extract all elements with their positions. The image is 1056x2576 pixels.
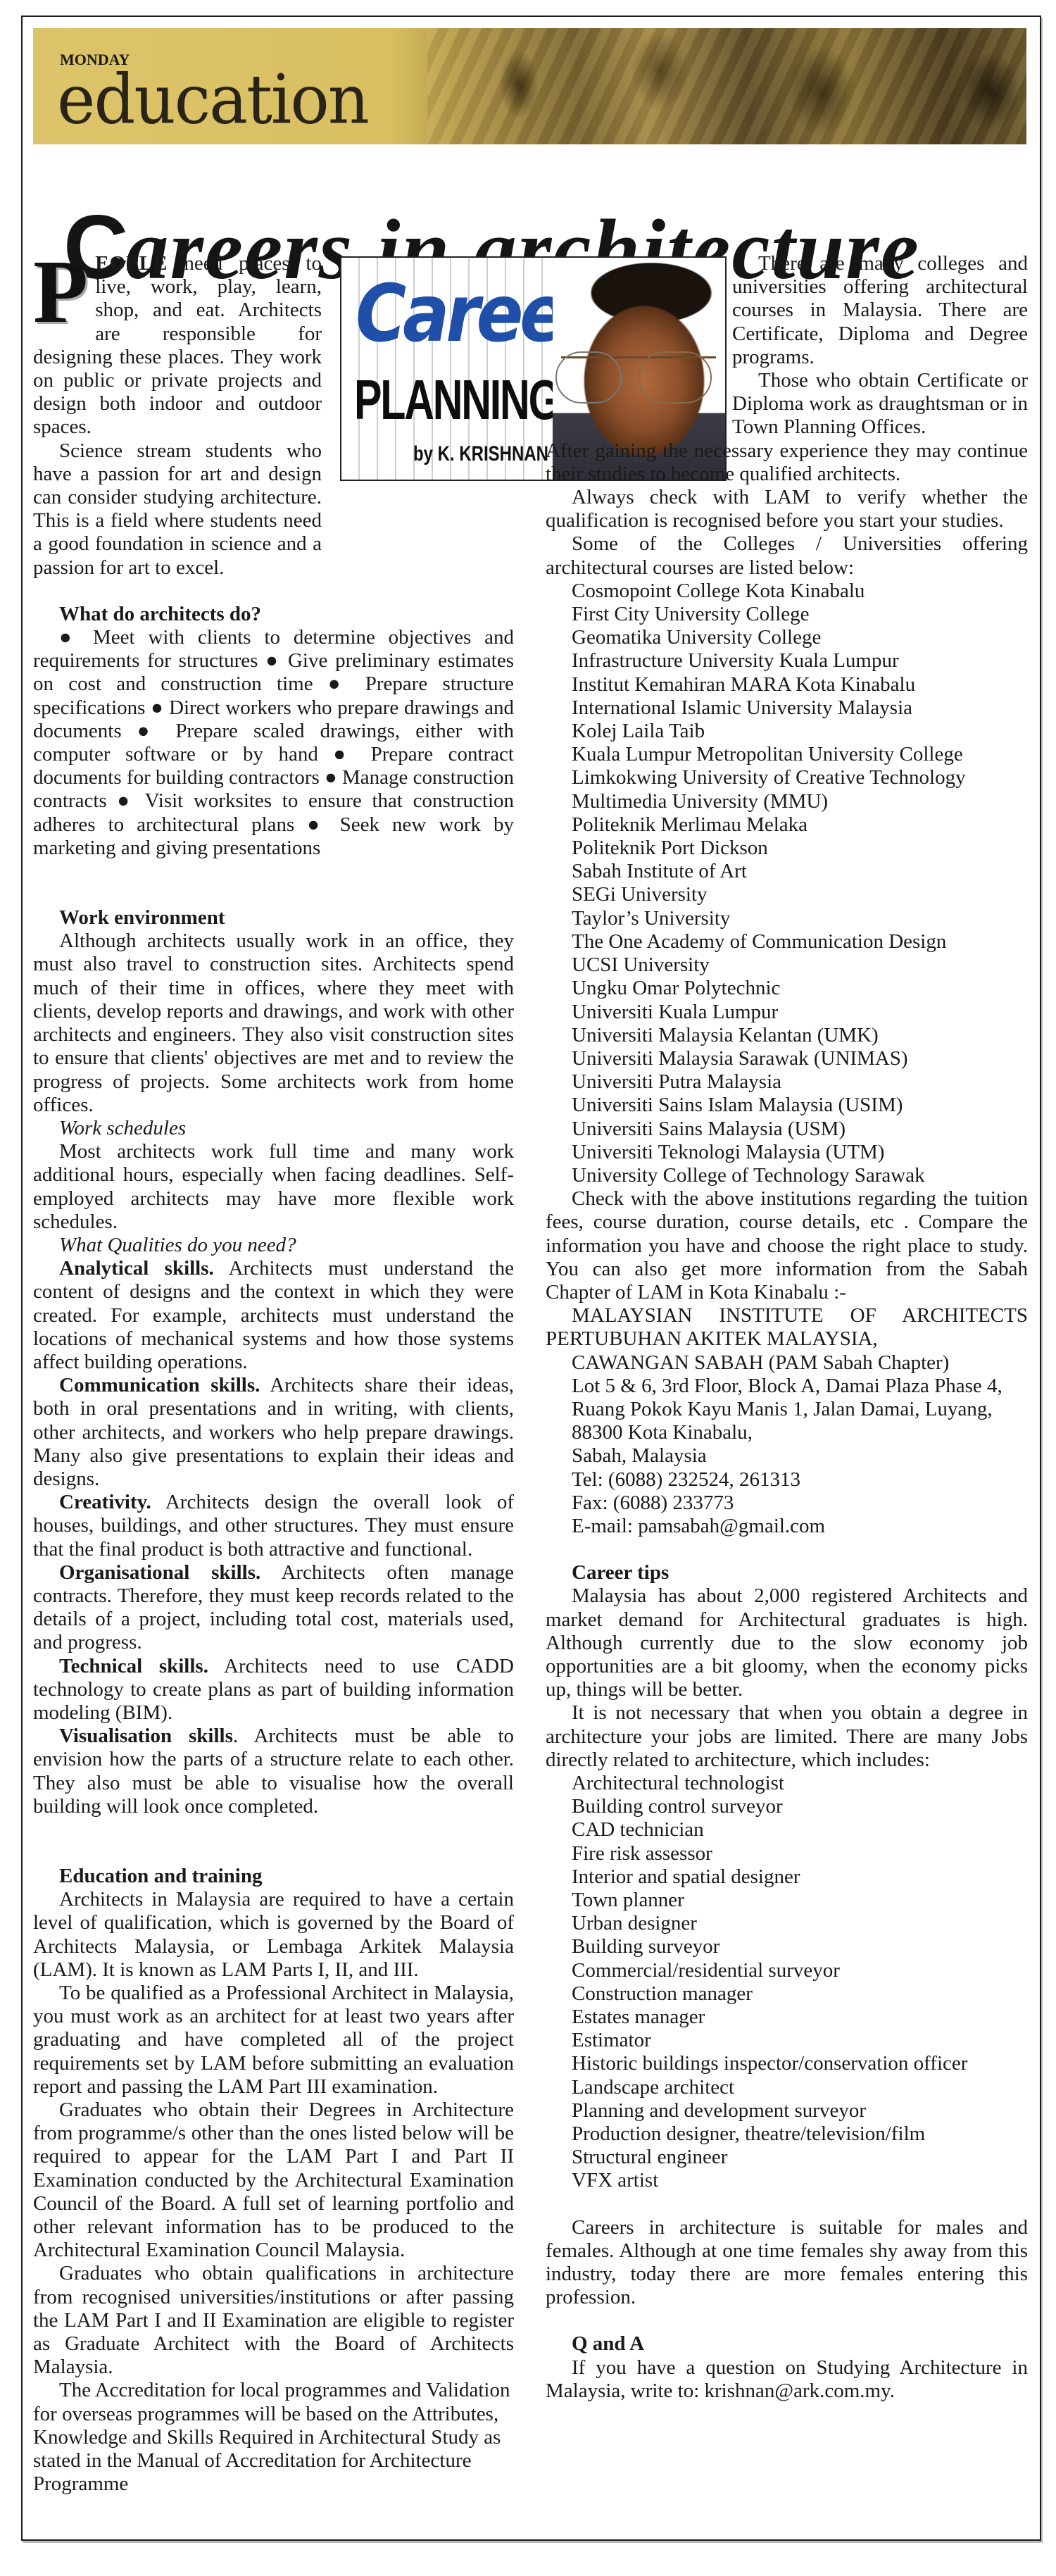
institution-item: Kuala Lumpur Metropolitan University Col… xyxy=(546,743,1028,766)
institution-item: Multimedia University (MMU) xyxy=(546,790,1028,813)
institution-item: Institut Kemahiran MARA Kota Kinabalu xyxy=(546,673,1028,696)
lead-word: EOPLE xyxy=(95,252,168,275)
contact-address-line: Sabah, Malaysia xyxy=(546,1444,1028,1468)
bullet-icon: ● xyxy=(325,766,337,789)
institution-item: Ungku Omar Polytechnic xyxy=(546,977,1028,1000)
institution-item: Politeknik Merlimau Melaka xyxy=(546,813,1028,837)
institution-item: University College of Technology Sarawak xyxy=(546,1164,1028,1187)
contact-tel: Tel: (6088) 232524, 261313 xyxy=(546,1468,1028,1492)
colleges-paragraph-3: After gaining the necessary experience t… xyxy=(546,439,1028,486)
qa-paragraph: If you have a question on Studying Archi… xyxy=(546,2356,1028,2403)
colleges-paragraph-5: Check with the above institutions regard… xyxy=(546,1187,1028,1304)
job-item: Commercial/residential surveyor xyxy=(546,1959,1028,1982)
institution-item: SEGi University xyxy=(546,883,1028,906)
bullet-icon: ● xyxy=(59,626,80,649)
institution-item: Infrastructure University Kuala Lumpur xyxy=(546,649,1028,673)
career-tips-paragraph-1: Malaysia has about 2,000 registered Arch… xyxy=(546,1584,1028,1701)
left-column: PEOPLE need places to live, work, play, … xyxy=(33,252,514,2496)
colleges-paragraph-1: There are many colleges and universities… xyxy=(732,252,1028,369)
quality-organisational: Organisational skills. Architects often … xyxy=(33,1561,514,1655)
quality-creativity: Creativity. Architects design the overal… xyxy=(33,1491,514,1561)
job-item: Building surveyor xyxy=(546,1935,1028,1958)
intro-paragraph-1: PEOPLE need places to live, work, play, … xyxy=(33,252,322,439)
quality-visualisation: Visualisation skills. Architects must be… xyxy=(33,1725,514,1818)
contact-address-line: 88300 Kota Kinabalu, xyxy=(546,1421,1028,1444)
career-tips-paragraph-2: It is not necessary that when you obtain… xyxy=(546,1701,1028,1772)
quality-technical: Technical skills. Architects need to use… xyxy=(33,1655,514,1725)
bullet-icon: ● xyxy=(151,696,163,719)
job-item: Structural engineer xyxy=(546,2146,1028,2169)
bullet-icon: ● xyxy=(333,743,356,765)
colleges-paragraph-4: Always check with LAM to verify whether … xyxy=(546,486,1028,532)
heading-what-architects-do: What do architects do? xyxy=(33,603,514,626)
colleges-intro-wrap: There are many colleges and universities… xyxy=(732,252,1028,439)
quality-communication: Communication skills. Architects share t… xyxy=(33,1374,514,1491)
job-item: Estates manager xyxy=(546,2006,1028,2029)
institution-item: Kolej Laila Taib xyxy=(546,720,1028,743)
contact-address-line: Ruang Pokok Kayu Manis 1, Jalan Damai, L… xyxy=(546,1398,1028,1421)
contact-branch: CAWANGAN SABAH (PAM Sabah Chapter) xyxy=(546,1351,1028,1375)
section-title: education xyxy=(57,63,368,137)
bullet-icon: ● xyxy=(265,649,280,672)
job-item: Urban designer xyxy=(546,1912,1028,1935)
institution-item: Universiti Sains Islam Malaysia (USIM) xyxy=(546,1094,1028,1117)
bullet-icon: ● xyxy=(307,813,327,836)
institution-item: UCSI University xyxy=(546,954,1028,977)
heading-education-training: Education and training xyxy=(33,1865,514,1888)
colleges-list-intro: Some of the Colleges / Universities offe… xyxy=(546,532,1028,579)
job-item: Town planner xyxy=(546,1889,1028,1912)
job-item: VFX artist xyxy=(546,2169,1028,2192)
colleges-paragraph-2: Those who obtain Certificate or Diploma … xyxy=(732,369,1028,439)
heading-q-and-a: Q and A xyxy=(546,2332,1028,2356)
subheading-qualities: What Qualities do you need? xyxy=(33,1234,514,1257)
job-item: Estimator xyxy=(546,2029,1028,2052)
job-item: Production designer, theatre/television/… xyxy=(546,2122,1028,2146)
job-item: CAD technician xyxy=(546,1818,1028,1842)
work-schedules-paragraph: Most architects work full time and many … xyxy=(33,1140,514,1234)
job-item: Planning and development surveyor xyxy=(546,2099,1028,2122)
institution-item: The One Academy of Communication Design xyxy=(546,930,1028,954)
institution-item: Universiti Putra Malaysia xyxy=(546,1070,1028,1094)
subheading-work-schedules: Work schedules xyxy=(33,1117,514,1140)
contact-fax: Fax: (6088) 233773 xyxy=(546,1492,1028,1515)
institution-item: First City University College xyxy=(546,603,1028,626)
classroom-students-photo xyxy=(427,28,1026,144)
bullet-icon: ● xyxy=(117,789,134,812)
institution-item: Universiti Malaysia Kelantan (UMK) xyxy=(546,1024,1028,1047)
career-tips-paragraph-3: Careers in architecture is suitable for … xyxy=(546,2216,1028,2310)
work-environment-paragraph: Although architects usually work in an o… xyxy=(33,930,514,1117)
education-paragraph: Architects in Malaysia are required to h… xyxy=(33,1888,514,1982)
education-paragraph: Graduates who obtain their Degrees in Ar… xyxy=(33,2099,514,2262)
institution-item: Politeknik Port Dickson xyxy=(546,837,1028,860)
section-banner: MONDAY education xyxy=(33,28,1026,144)
quality-analytical: Analytical skills. Architects must under… xyxy=(33,1257,514,1374)
institution-item: Cosmopoint College Kota Kinabalu xyxy=(546,580,1028,603)
job-item: Building control surveyor xyxy=(546,1795,1028,1818)
institution-item: Universiti Sains Malaysia (USM) xyxy=(546,1118,1028,1141)
institution-item: Limkokwing University of Creative Techno… xyxy=(546,766,1028,789)
institution-item: Geomatika University College xyxy=(546,626,1028,649)
institution-item: Universiti Malaysia Sarawak (UNIMAS) xyxy=(546,1047,1028,1070)
job-item: Interior and spatial designer xyxy=(546,1865,1028,1889)
job-item: Architectural technologist xyxy=(546,1772,1028,1795)
jobs-list: Architectural technologist Building cont… xyxy=(546,1772,1028,2193)
bullet-icon: ● xyxy=(328,673,351,695)
intro-paragraph-2: Science stream students who have a passi… xyxy=(33,439,514,580)
job-item: Fire risk assessor xyxy=(546,1842,1028,1865)
job-item: Landscape architect xyxy=(546,2076,1028,2099)
institution-item: Taylor’s University xyxy=(546,907,1028,930)
institution-item: International Islamic University Malaysi… xyxy=(546,696,1028,720)
institution-list: Cosmopoint College Kota Kinabalu First C… xyxy=(546,580,1028,1187)
drop-cap: P xyxy=(33,256,88,327)
institution-item: Universiti Kuala Lumpur xyxy=(546,1001,1028,1024)
job-item: Construction manager xyxy=(546,1982,1028,2006)
duties-paragraph: ● Meet with clients to determine objecti… xyxy=(33,626,514,860)
right-column: There are many colleges and universities… xyxy=(546,252,1028,2403)
heading-career-tips: Career tips xyxy=(546,1561,1028,1584)
contact-address-line: Lot 5 & 6, 3rd Floor, Block A, Damai Pla… xyxy=(546,1375,1028,1398)
education-paragraph: To be qualified as a Professional Archit… xyxy=(33,1982,514,2099)
contact-email: E-mail: pamsabah@gmail.com xyxy=(546,1515,1028,1538)
institution-item: Universiti Teknologi Malaysia (UTM) xyxy=(546,1141,1028,1164)
education-paragraph: Graduates who obtain qualifications in a… xyxy=(33,2262,514,2379)
heading-work-environment: Work environment xyxy=(33,906,514,930)
institution-item: Sabah Institute of Art xyxy=(546,860,1028,883)
intro-wrap: PEOPLE need places to live, work, play, … xyxy=(33,252,322,439)
contact-org: MALAYSIAN INSTITUTE OF ARCHITECTS PERTUB… xyxy=(546,1304,1028,1351)
job-item: Historic buildings inspector/conservatio… xyxy=(546,2052,1028,2075)
education-paragraph: The Accreditation for local programmes a… xyxy=(33,2379,514,2496)
bullet-icon: ● xyxy=(137,720,160,742)
